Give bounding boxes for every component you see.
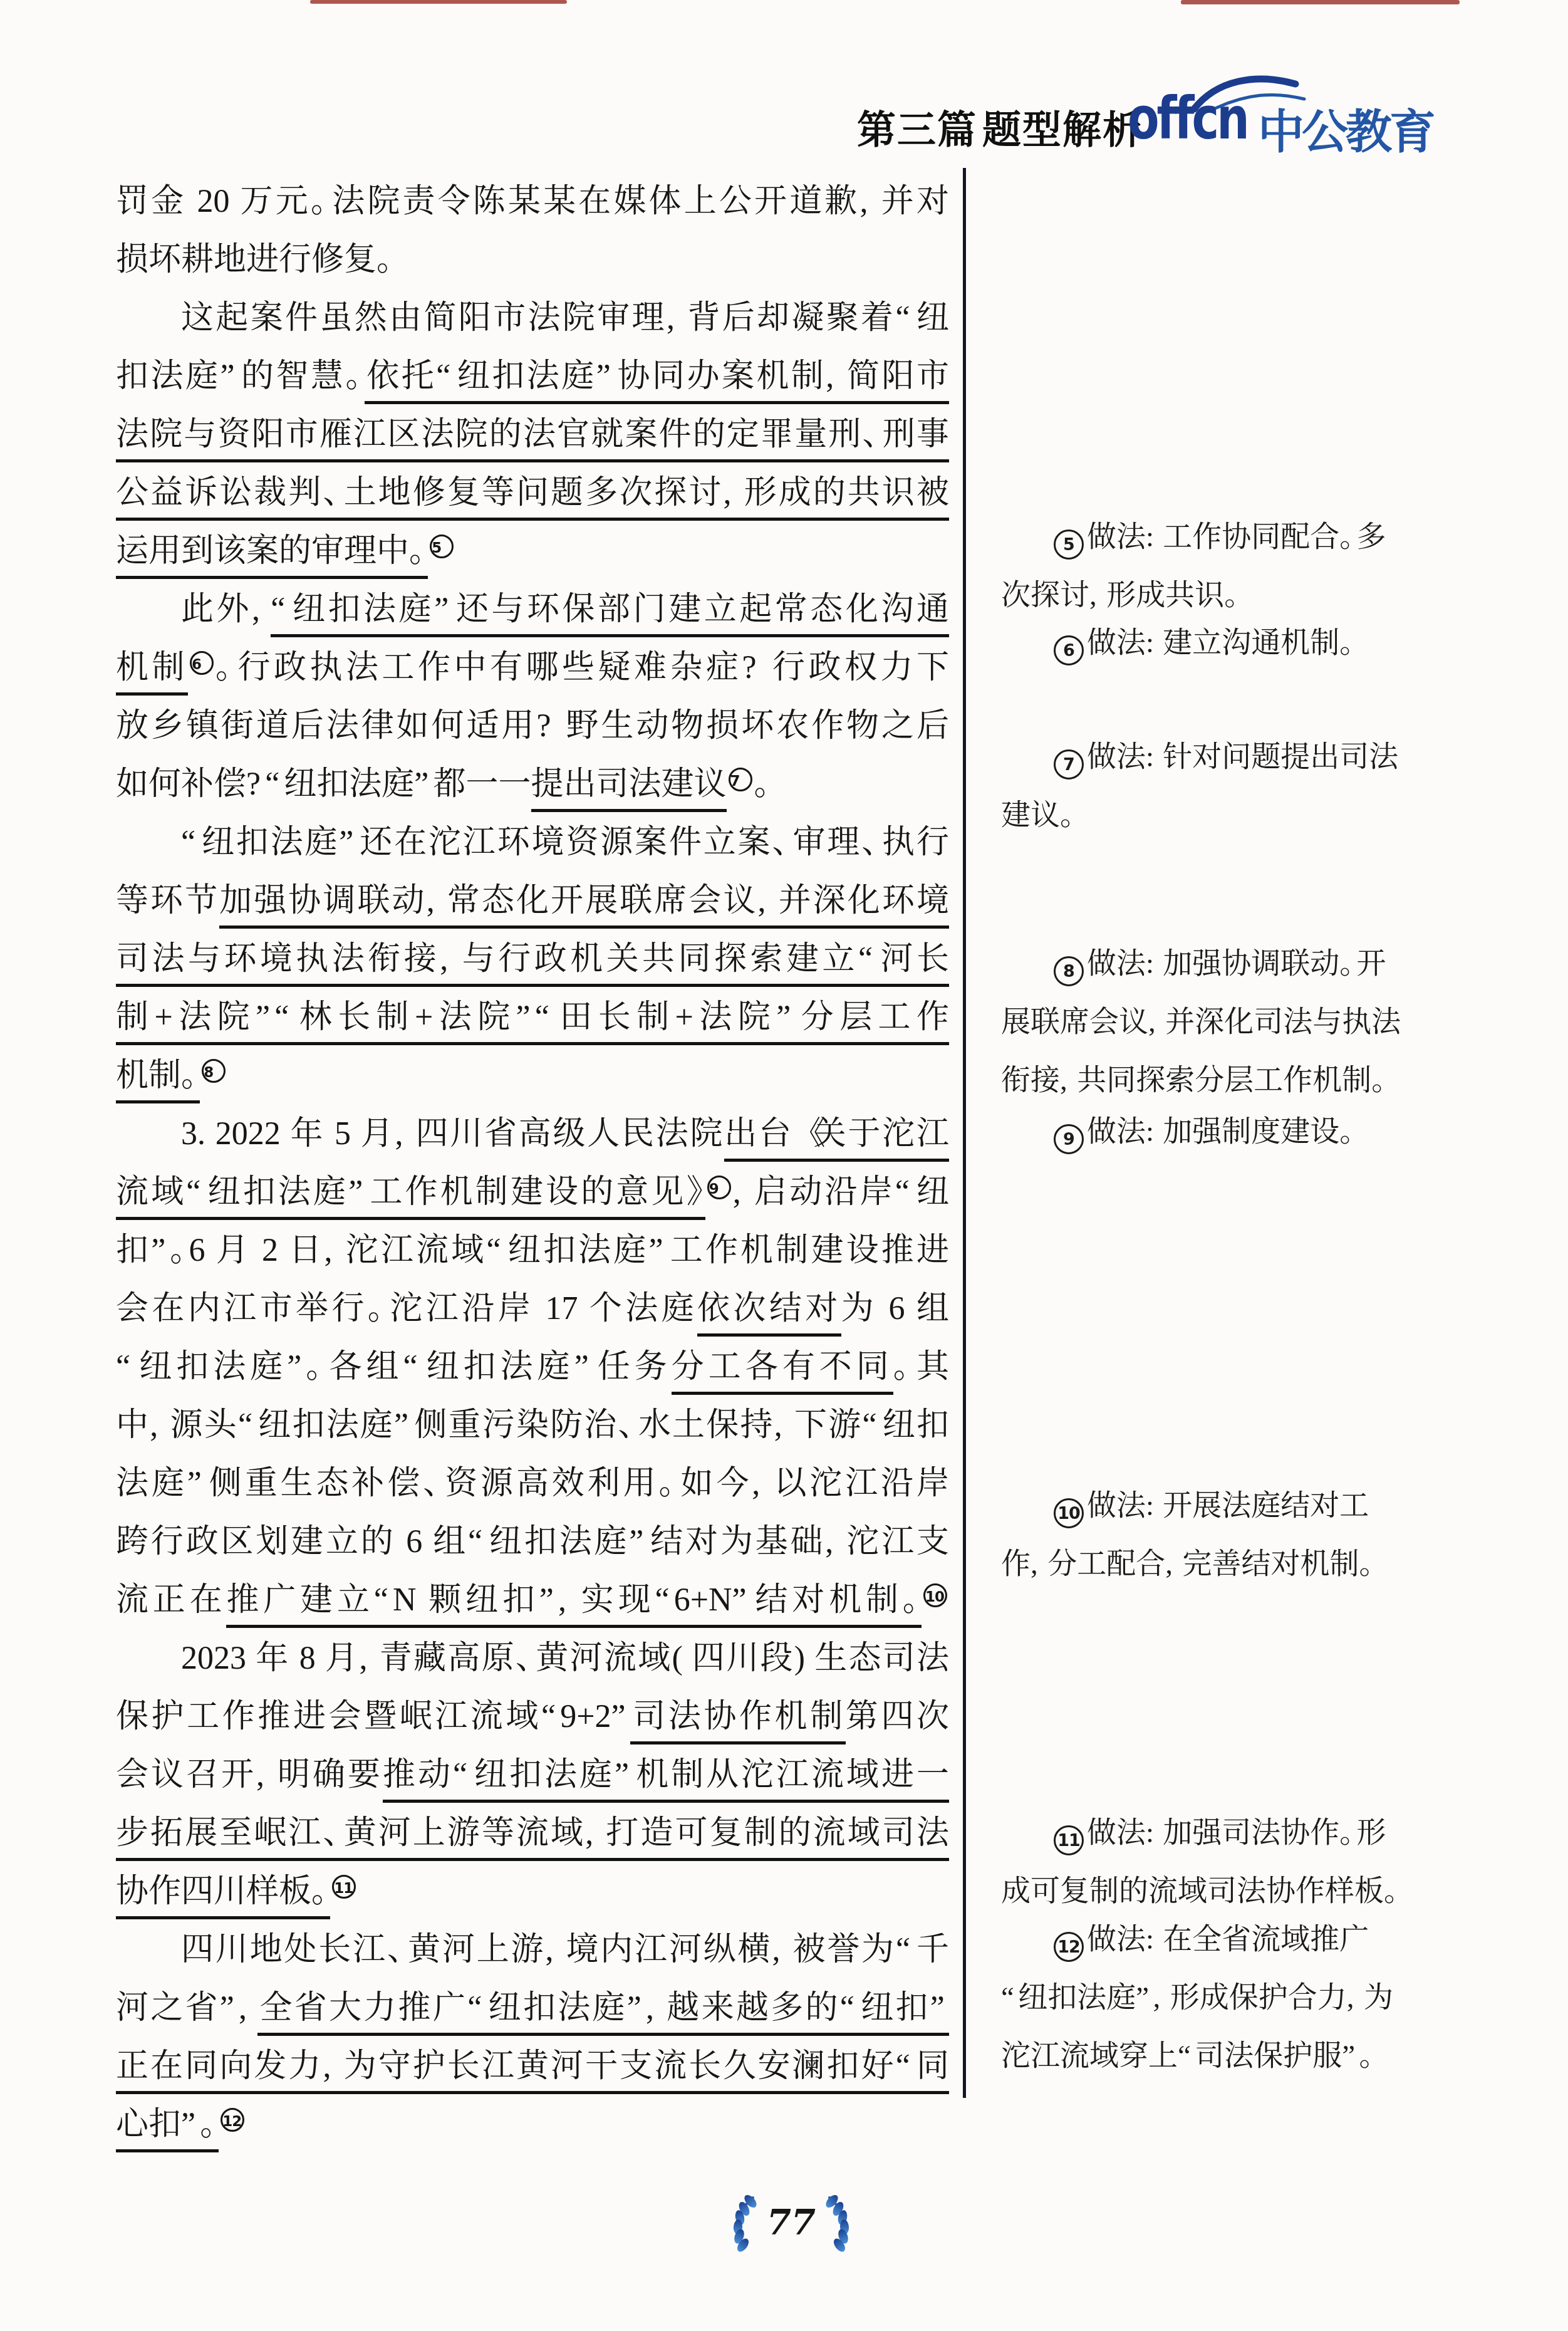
punct: , xyxy=(667,289,685,347)
punct: 。 xyxy=(346,347,365,405)
punct: ” xyxy=(596,347,615,405)
punct: , xyxy=(558,1571,577,1629)
note-line: “纽扣法庭”,形成保护合力,为 xyxy=(1001,1969,1453,2027)
underlined-text: 步拓展至岷江、黄河上游等流域,打造可复制的流域司法 xyxy=(116,1815,949,1861)
book-page: 第三篇 题型解析 offcn 中公教育 罚金 20 万元。法院责令陈某某在媒体上… xyxy=(0,0,1568,2331)
punct: 。 xyxy=(1339,1804,1356,1862)
underlined-text: 加强协调联动,常态化开展联席会议,并深化环境 xyxy=(219,883,949,929)
underlined-text: 提出司法建议 xyxy=(531,766,727,812)
circled-number-marker: 8 xyxy=(1054,956,1084,986)
punct: “ xyxy=(181,813,200,872)
underlined-text: 正在同向发力,为守护长江黄河干支流长久安澜扣好“同 xyxy=(116,2048,949,2094)
underlined-text: 机制 xyxy=(116,650,188,696)
punct: , xyxy=(1153,1969,1170,2027)
punct: “ xyxy=(467,1979,486,2037)
page-footer: 77 xyxy=(700,2188,882,2257)
punct: “ xyxy=(265,755,284,813)
note-line: 9做法:加强制度建设。 xyxy=(1001,1103,1453,1161)
note-line: 展联席会议,并深化司法与执法 xyxy=(1001,993,1453,1051)
circled-number-marker: 7 xyxy=(729,768,752,791)
punct: ” xyxy=(151,1221,170,1280)
text-line: 这起案件虽然由简阳市法院审理,背后却凝聚着“纽 xyxy=(116,289,949,347)
punct: , xyxy=(359,1629,378,1687)
punct: “ xyxy=(374,1571,393,1629)
punct: , xyxy=(1347,1969,1364,2027)
laurel-left-icon xyxy=(719,2193,761,2253)
circled-number-marker: 10 xyxy=(1054,1498,1084,1528)
punct: 。 xyxy=(311,1862,330,1921)
punct: 。 xyxy=(903,1571,922,1629)
punct: : xyxy=(1146,508,1163,566)
plain-text: 中,源头“纽扣法庭”侧重污染防治、水土保持,下游“纽扣 xyxy=(116,1407,949,1443)
circled-number-marker: 7 xyxy=(1054,749,1084,780)
punct: , xyxy=(752,1454,771,1513)
underlined-text: 法院与资阳市雁江区法院的法官就案件的定罪量刑、刑事 xyxy=(116,417,949,462)
punct: ” xyxy=(539,1571,558,1629)
punct: ” xyxy=(287,1338,306,1396)
punct: ” xyxy=(611,1687,630,1746)
margin-note: 6做法:建立沟通机制。 xyxy=(1001,614,1453,672)
punct: , xyxy=(395,1105,414,1163)
text-line: “纽扣法庭”还在沱江环境资源案件立案、审理、执行 xyxy=(116,813,949,872)
punct: 、 xyxy=(323,1804,341,1862)
plain-text: 这起案件虽然由简阳市法院审理,背后却凝聚着“纽 xyxy=(181,300,949,336)
punct: ” xyxy=(220,1979,239,2037)
plain-text: 如何补偿?“纽扣法庭”都一一 xyxy=(116,766,531,802)
text-line: 损坏耕地进行修复。 xyxy=(116,231,949,289)
punct: ” xyxy=(629,1513,648,1571)
punct: 、 xyxy=(861,813,880,872)
text-line: 正在同向发力,为守护长江黄河干支流长久安澜扣好“同 xyxy=(116,2037,949,2095)
punct: ” xyxy=(434,580,453,639)
punct: ? xyxy=(536,697,555,755)
punct: 。 xyxy=(306,1338,325,1396)
laurel-right-icon xyxy=(822,2193,863,2253)
punct: , xyxy=(825,1513,844,1571)
header-part-label: 第三篇 xyxy=(857,99,977,155)
circled-number-marker: 6 xyxy=(190,651,214,675)
plain-text: 会在内江市举行。沱江沿岸 17 个法庭 xyxy=(116,1291,697,1327)
punct: “ xyxy=(858,930,877,988)
punct: , xyxy=(1060,1051,1077,1110)
punct: 。 xyxy=(1359,1535,1376,1593)
note-line: 沱江流域穿上“司法保护服”。 xyxy=(1001,2027,1453,2085)
punct: “ xyxy=(1001,1969,1018,2027)
punct: , xyxy=(1148,993,1165,1051)
plain-text: 河之省”, xyxy=(116,1990,257,2026)
punct: ” xyxy=(930,1979,949,2037)
plain-text: 放乡镇街道后法律如何适用? 野生动物损坏农作物之后 xyxy=(116,708,949,744)
punct: “ xyxy=(896,1921,915,1979)
note-line: 建议。 xyxy=(1001,786,1453,845)
punct: , xyxy=(239,1979,257,2037)
punct: ” xyxy=(732,1571,751,1629)
punct: ” xyxy=(414,755,433,813)
plain-text: 罚金 20 万元。法院责令陈某某在媒体上公开道歉,并对 xyxy=(116,184,949,219)
punct: 。 xyxy=(1060,786,1077,845)
text-line: 如何补偿?“纽扣法庭”都一一提出司法建议7。 xyxy=(116,755,949,813)
punct: 、 xyxy=(323,464,341,522)
underlined-text: 流域“纽扣法庭”工作机制建设的意见》 xyxy=(116,1174,705,1220)
note-line: 作,分工配合,完善结对机制。 xyxy=(1001,1535,1453,1593)
plain-text: 损坏耕地进行修复。 xyxy=(116,242,395,278)
underlined-text: 心扣”。 xyxy=(116,2107,219,2152)
punct: 、 xyxy=(516,1629,534,1687)
punct: “ xyxy=(896,2037,915,2095)
punct: 、 xyxy=(863,405,881,464)
text-line: 四川地处长江、黄河上游,境内江河纵横,被誉为“千 xyxy=(116,1921,949,1979)
punct: ” xyxy=(615,1746,633,1804)
text-line: 制+法院”“林长制+法院”“田长制+法院”分层工作 xyxy=(116,988,949,1046)
punct: 。 xyxy=(409,522,428,580)
note-line: 11做法:加强司法协作。形 xyxy=(1001,1804,1453,1862)
text-line: “纽扣法庭”。各组“纽扣法庭”任务分工各有不同。其 xyxy=(116,1338,949,1396)
text-line: 流域“纽扣法庭”工作机制建设的意见》9,启动沿岸“纽 xyxy=(116,1163,949,1221)
circled-number-marker: 8 xyxy=(202,1059,226,1083)
margin-note: 5做法:工作协同配合。多次探讨,形成共识。 xyxy=(1001,508,1453,625)
circled-number-marker: 12 xyxy=(221,2108,244,2132)
punct: 。 xyxy=(1339,1103,1356,1161)
underlined-text: 机制。 xyxy=(116,1058,200,1103)
punct: ” xyxy=(187,1454,206,1513)
punct: ? xyxy=(246,755,265,813)
punct: “ xyxy=(840,1979,859,2037)
text-line: 机制。8 xyxy=(116,1046,949,1105)
punct: , xyxy=(440,930,459,988)
punct: 。 xyxy=(311,172,330,231)
text-line: 中,源头“纽扣法庭”侧重污染防治、水土保持,下游“纽扣 xyxy=(116,1396,949,1454)
text-line: 法庭”侧重生态补偿、资源高效利用。如今,以沱江沿岸 xyxy=(116,1454,949,1513)
punct: ? xyxy=(742,639,761,697)
scan-artifact-red-right xyxy=(1181,0,1460,4)
text-line: 扣”。6 月 2 日,沱江流域“纽扣法庭”工作机制建设推进 xyxy=(116,1221,949,1280)
circled-number-marker: 9 xyxy=(707,1176,731,1199)
text-line: 会在内江市举行。沱江沿岸 17 个法庭依次结对为 6 组 xyxy=(116,1280,949,1338)
plain-text: 2023 年 8 月,青藏高原、黄河流域(四川段)生态司法 xyxy=(181,1640,949,1676)
punct: “ xyxy=(274,988,293,1046)
plain-text: 此外, xyxy=(181,592,271,627)
punct: 。 xyxy=(170,1221,189,1280)
plain-text: 3. 2022 年 5 月,四川省高级人民法院 xyxy=(181,1116,724,1152)
punct: “ xyxy=(116,1338,135,1396)
punct: ” xyxy=(181,2095,200,2154)
underlined-text: 分工各有不同 xyxy=(672,1349,893,1395)
circled-number-marker: 11 xyxy=(1054,1825,1084,1855)
text-line: 公益诉讼裁判、土地修复等问题多次探讨,形成的共识被 xyxy=(116,464,949,522)
circled-number-marker: 10 xyxy=(923,1583,947,1607)
punct: , xyxy=(252,580,271,639)
punct: , xyxy=(646,1979,665,2037)
text-line: 跨行政区划建立的 6 组“纽扣法庭”结对为基础,沱江支 xyxy=(116,1513,949,1571)
punct: : xyxy=(1146,935,1163,993)
punct: “ xyxy=(862,1396,881,1454)
punct: “ xyxy=(468,1513,487,1571)
punct: , xyxy=(256,1746,275,1804)
plain-text: 扣法庭”的智慧。 xyxy=(116,358,365,394)
underlined-text: 公益诉讼裁判、土地修复等问题多次探讨,形成的共识被 xyxy=(116,475,949,521)
punct: “ xyxy=(238,1396,257,1454)
punct: “ xyxy=(403,1338,422,1396)
note-line: 衔接,共同探索分层工作机制。 xyxy=(1001,1051,1453,1110)
column-divider xyxy=(963,168,966,2098)
text-line: 罚金 20 万元。法院责令陈某某在媒体上公开道歉,并对 xyxy=(116,172,949,231)
plain-text: 第四次 xyxy=(846,1699,949,1734)
note-line: 6做法:建立沟通机制。 xyxy=(1001,614,1453,672)
underlined-text: “纽扣法庭”还与环保部门建立起常态化沟通 xyxy=(271,592,949,637)
underlined-text: 全省大力推广“纽扣法庭”,越来越多的“纽扣” xyxy=(257,1990,949,2036)
punct: 。 xyxy=(893,1338,912,1396)
punct: “ xyxy=(541,1687,560,1746)
underlined-text: 制+法院”“林长制+法院”“田长制+法院”分层工作 xyxy=(116,999,949,1045)
punct: 。 xyxy=(1359,2027,1376,2085)
main-text-column: 罚金 20 万元。法院责令陈某某在媒体上公开道歉,并对损坏耕地进行修复。这起案件… xyxy=(116,172,949,2154)
margin-note: 9做法:加强制度建设。 xyxy=(1001,1103,1453,1161)
punct: 。 xyxy=(754,755,773,813)
note-line: 7做法:针对问题提出司法 xyxy=(1001,728,1453,786)
text-line: 法院与资阳市雁江区法院的法官就案件的定罪量刑、刑事 xyxy=(116,405,949,464)
text-line: 流正在推广建立“N 颗纽扣”,实现“6+N”结对机制。10 xyxy=(116,1571,949,1629)
punct: : xyxy=(1146,728,1163,786)
underlined-text: 司法与环境执法衔接,与行政机关共同探索建立“河长 xyxy=(116,941,949,987)
plain-text: “纽扣法庭”还在沱江环境资源案件立案、审理、执行 xyxy=(181,825,949,860)
punct: “ xyxy=(895,1163,914,1221)
offcn-logo: offcn 中公教育 xyxy=(1128,74,1478,155)
punct: ” xyxy=(256,988,274,1046)
punct: ” xyxy=(394,1396,413,1454)
plain-text: 会议召开,明确要 xyxy=(116,1757,383,1793)
margin-note: 7做法:针对问题提出司法建议。 xyxy=(1001,728,1453,845)
punct: , xyxy=(1031,1535,1047,1593)
punct: “ xyxy=(1178,2027,1195,2085)
underlined-text: 出台《关于沱江 xyxy=(724,1116,949,1162)
punct: 。 xyxy=(200,2095,219,2154)
circled-number-marker: 6 xyxy=(1054,635,1084,665)
underlined-text: 司法协作机制 xyxy=(630,1699,846,1744)
circled-number-marker: 12 xyxy=(1054,1932,1084,1962)
punct: ” xyxy=(574,1338,593,1396)
underlined-text: 运用到该案的审理中。 xyxy=(116,533,428,579)
text-line: 放乡镇街道后法律如何适用? 野生动物损坏农作物之后 xyxy=(116,697,949,755)
plain-text: 。其 xyxy=(893,1349,949,1385)
circled-number-marker: 5 xyxy=(430,535,454,558)
punct: , xyxy=(723,464,742,522)
punct: 。 xyxy=(659,1454,678,1513)
plain-text: 。行政执法工作中有哪些疑难杂症? 行政权力下 xyxy=(215,650,949,686)
underlined-text: 推广建立“N 颗纽扣”,实现“6+N”结对机制。 xyxy=(226,1582,922,1628)
punct: 、 xyxy=(423,1454,442,1513)
text-line: 心扣”。12 xyxy=(116,2095,949,2154)
plain-text: 保护工作推进会暨岷江流域“9+2” xyxy=(116,1699,630,1734)
circled-number-marker: 9 xyxy=(1054,1124,1084,1154)
punct: ” xyxy=(776,988,795,1046)
punct: , xyxy=(757,872,776,930)
punct: 。 xyxy=(1339,935,1356,993)
punct: ” xyxy=(1342,2027,1359,2085)
punct: , xyxy=(323,2037,341,2095)
underlined-text: 依托“纽扣法庭”协同办案机制,简阳市 xyxy=(365,358,949,404)
text-line: 等环节加强协调联动,常态化开展联席会议,并深化环境 xyxy=(116,872,949,930)
plain-text: 等环节 xyxy=(116,883,219,919)
text-line: 司法与环境执法衔接,与行政机关共同探索建立“河长 xyxy=(116,930,949,988)
punct: 。 xyxy=(215,639,234,697)
underlined-text: 协作四川样板。 xyxy=(116,1874,330,1919)
text-line: 运用到该案的审理中。5 xyxy=(116,522,949,580)
text-line: 会议召开,明确要推动“纽扣法庭”机制从沱江流域进一 xyxy=(116,1746,949,1804)
punct: , xyxy=(772,1921,791,1979)
text-line: 3. 2022 年 5 月,四川省高级人民法院出台《关于沱江 xyxy=(116,1105,949,1163)
plain-text: 扣”。6 月 2 日,沱江流域“纽扣法庭”工作机制建设推进 xyxy=(116,1233,949,1268)
punct: 。 xyxy=(1339,614,1356,672)
margin-note: 10做法:开展法庭结对工作,分工配合,完善结对机制。 xyxy=(1001,1477,1453,1593)
plain-text: 。 xyxy=(754,766,773,802)
note-line: 8做法:加强协调联动。开 xyxy=(1001,935,1453,993)
punct: 。 xyxy=(376,231,395,289)
offcn-logo-cn: 中公教育 xyxy=(1258,95,1433,162)
punct: “ xyxy=(186,1163,205,1221)
circled-number-marker: 5 xyxy=(1054,529,1084,560)
punct: , xyxy=(1165,1535,1182,1593)
punct: , xyxy=(733,1163,752,1221)
punct: 》 xyxy=(687,1163,705,1221)
punct: , xyxy=(826,347,844,405)
punct: , xyxy=(545,1921,564,1979)
plain-text: 法庭”侧重生态补偿、资源高效利用。如今,以沱江沿岸 xyxy=(116,1466,949,1501)
punct: 、 xyxy=(618,1396,637,1454)
scan-artifact-red-left xyxy=(310,0,567,4)
text-line: 河之省”,全省大力推广“纽扣法庭”,越来越多的“纽扣” xyxy=(116,1979,949,2037)
punct: “ xyxy=(271,580,289,639)
punct: ” xyxy=(339,813,358,872)
punct: ” xyxy=(648,1221,667,1280)
plain-text: ,启动沿岸“纽 xyxy=(733,1174,949,1210)
page-number: 77 xyxy=(767,2202,816,2243)
punct: ” xyxy=(516,988,535,1046)
note-line: 12做法:在全省流域推广 xyxy=(1001,1911,1453,1969)
punct: : xyxy=(1146,1103,1163,1161)
punct: 、 xyxy=(772,813,791,872)
circled-number-marker: 11 xyxy=(332,1875,356,1899)
underlined-text: 依次结对 xyxy=(697,1291,841,1337)
plain-text: 流正在 xyxy=(116,1582,226,1618)
text-line: 保护工作推进会暨岷江流域“9+2”司法协作机制第四次 xyxy=(116,1687,949,1746)
punct: : xyxy=(1146,1477,1163,1535)
punct: ) xyxy=(794,1629,813,1687)
punct: “ xyxy=(486,1221,505,1280)
margin-note: 12做法:在全省流域推广“纽扣法庭”,形成保护合力,为沱江流域穿上“司法保护服”… xyxy=(1001,1911,1453,2085)
punct: : xyxy=(1146,1911,1163,1969)
text-line: 2023 年 8 月,青藏高原、黄河流域(四川段)生态司法 xyxy=(116,1629,949,1687)
punct: ( xyxy=(672,1629,690,1687)
punct: 。 xyxy=(1371,1051,1388,1110)
punct: , xyxy=(324,1221,343,1280)
punct: ” xyxy=(220,347,239,405)
punct: ” xyxy=(627,1979,646,2037)
text-line: 协作四川样板。11 xyxy=(116,1862,949,1921)
punct: 、 xyxy=(387,1921,406,1979)
punct: “ xyxy=(453,1746,472,1804)
punct: 。 xyxy=(368,1280,387,1338)
punct: 。 xyxy=(1339,508,1356,566)
plain-text: “纽扣法庭”。各组“纽扣法庭”任务 xyxy=(116,1349,672,1385)
punct: “ xyxy=(895,289,914,347)
punct: “ xyxy=(535,988,554,1046)
punct: , xyxy=(774,1396,793,1454)
punct: : xyxy=(1146,614,1163,672)
punct: , xyxy=(585,1804,604,1862)
plain-text: 跨行政区划建立的 6 组“纽扣法庭”结对为基础,沱江支 xyxy=(116,1524,949,1560)
note-line: 5做法:工作协同配合。多 xyxy=(1001,508,1453,566)
punct: ” xyxy=(348,1163,367,1221)
text-line: 此外,“纽扣法庭”还与环保部门建立起常态化沟通 xyxy=(116,580,949,639)
margin-note: 8做法:加强协调联动。开展联席会议,并深化司法与执法衔接,共同探索分层工作机制。 xyxy=(1001,935,1453,1110)
plain-text: 四川地处长江、黄河上游,境内江河纵横,被誉为“千 xyxy=(181,1932,949,1968)
punct: 《 xyxy=(793,1105,812,1163)
underlined-text: 推动“纽扣法庭”机制从沱江流域进一 xyxy=(383,1757,949,1803)
punct: 。 xyxy=(181,1046,200,1105)
text-line: 机制6。行政执法工作中有哪些疑难杂症? 行政权力下 xyxy=(116,639,949,697)
punct: : xyxy=(1146,1804,1163,1862)
plain-text: 为 6 组 xyxy=(841,1291,949,1327)
punct: ” xyxy=(1136,1969,1153,2027)
header-section-label: 题型解析 xyxy=(982,99,1143,155)
punct: “ xyxy=(655,1571,674,1629)
punct: , xyxy=(427,872,445,930)
text-line: 步拓展至岷江、黄河上游等流域,打造可复制的流域司法 xyxy=(116,1804,949,1862)
punct: , xyxy=(150,1396,169,1454)
margin-note: 11做法:加强司法协作。形成可复制的流域司法协作样板。 xyxy=(1001,1804,1453,1921)
note-line: 10做法:开展法庭结对工 xyxy=(1001,1477,1453,1535)
text-line: 扣法庭”的智慧。依托“纽扣法庭”协同办案机制,简阳市 xyxy=(116,347,949,405)
punct: “ xyxy=(436,347,455,405)
punct: , xyxy=(860,172,879,231)
